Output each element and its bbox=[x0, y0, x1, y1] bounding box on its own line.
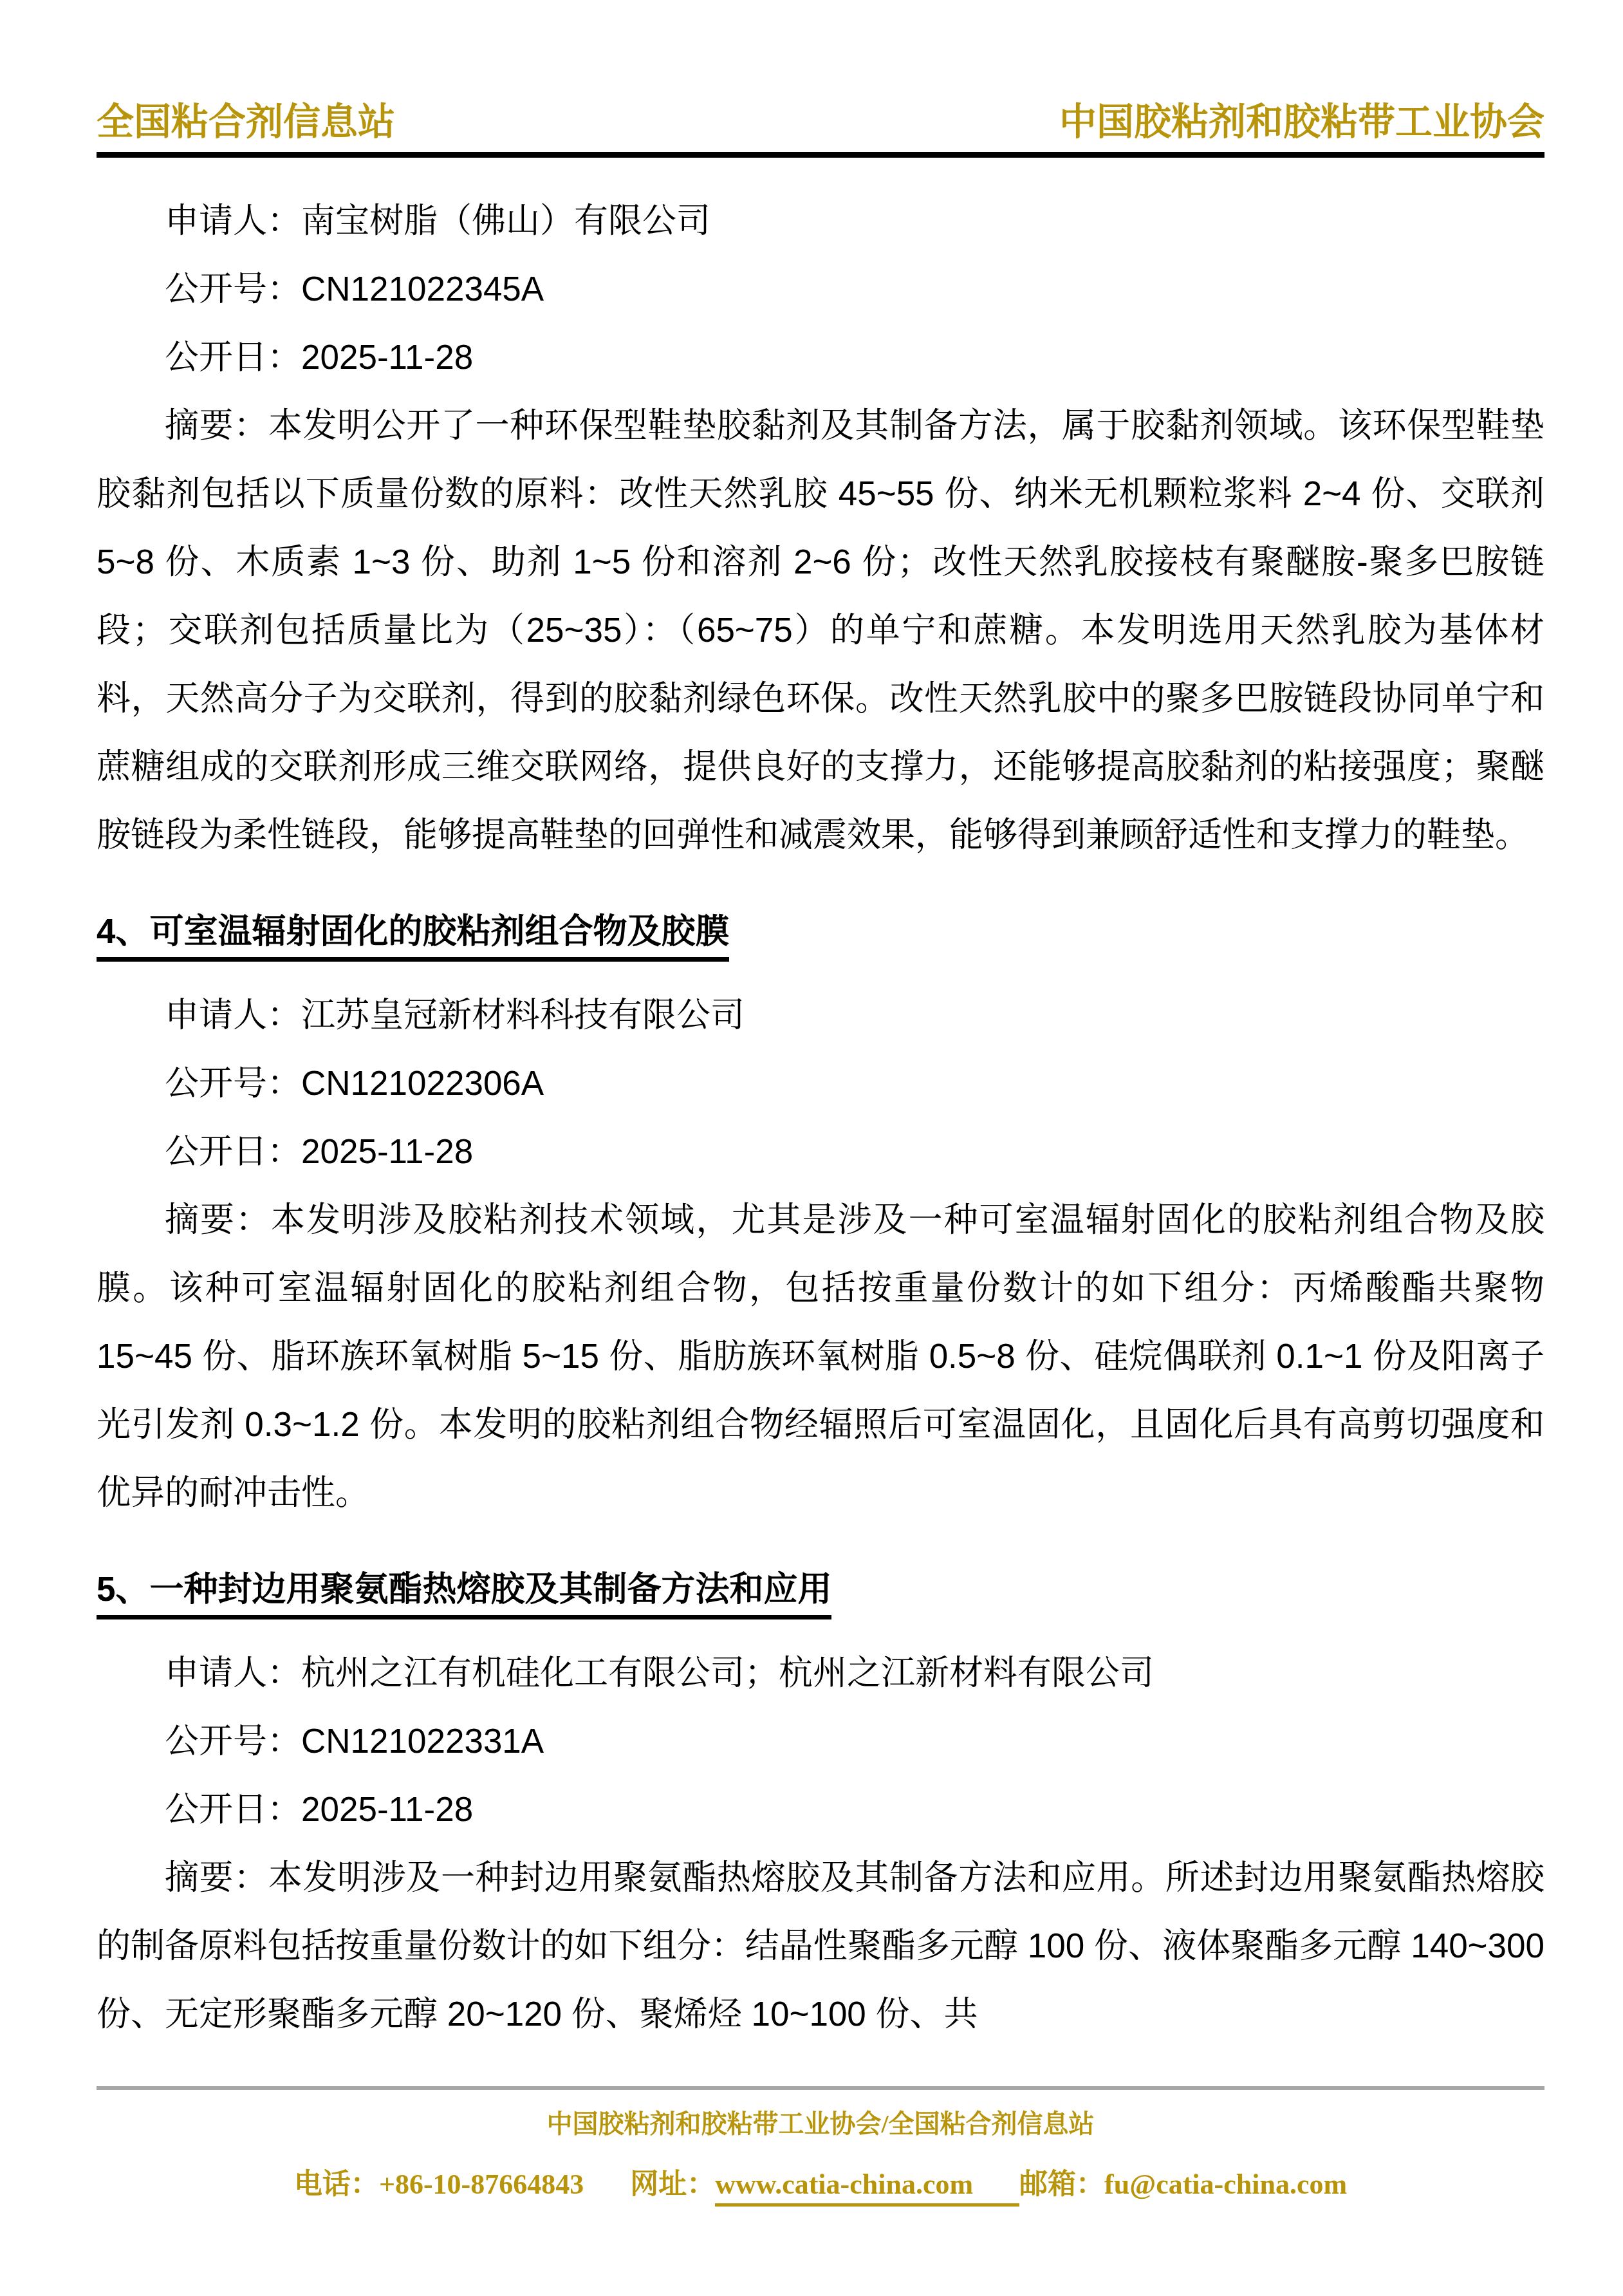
publication-date-label: 公开日： bbox=[165, 1133, 301, 1171]
applicant-value: 江苏皇冠新材料科技有限公司 bbox=[301, 996, 745, 1034]
publication-date-label: 公开日： bbox=[165, 1791, 301, 1829]
phone-number: +86-10-87664843 bbox=[379, 2169, 584, 2200]
email-address: fu@catia-china.com bbox=[1104, 2169, 1347, 2200]
applicant-value: 南宝树脂（佛山）有限公司 bbox=[301, 202, 710, 240]
publication-date-line: 公开日：2025-11-28 bbox=[97, 1118, 1544, 1186]
patent-title-4: 4、可室温辐射固化的胶粘剂组合物及胶膜 bbox=[97, 898, 1544, 966]
publication-number-label: 公开号： bbox=[165, 1722, 301, 1760]
publication-date-value: 2025-11-28 bbox=[301, 1791, 473, 1829]
phone-label: 电话： bbox=[294, 2169, 379, 2200]
publication-number-line: 公开号：CN121022345A bbox=[97, 256, 1544, 324]
footer-contact-line: 电话：+86-10-87664843网址：www.catia-china.com… bbox=[97, 2163, 1544, 2206]
publication-number-value: CN121022345A bbox=[301, 270, 544, 308]
applicant-value: 杭州之江有机硅化工有限公司；杭州之江新材料有限公司 bbox=[301, 1654, 1154, 1692]
header-left-title: 全国粘合剂信息站 bbox=[97, 102, 395, 143]
publication-date-line: 公开日：2025-11-28 bbox=[97, 1776, 1544, 1844]
applicant-label: 申请人： bbox=[165, 202, 301, 240]
publication-date-value: 2025-11-28 bbox=[301, 1133, 473, 1171]
publication-number-value: CN121022331A bbox=[301, 1722, 544, 1760]
patent-title-text: 4、可室温辐射固化的胶粘剂组合物及胶膜 bbox=[97, 913, 729, 962]
publication-number-label: 公开号： bbox=[165, 1065, 301, 1103]
applicant-line: 申请人：江苏皇冠新材料科技有限公司 bbox=[97, 982, 1544, 1050]
publication-date-label: 公开日： bbox=[165, 339, 301, 377]
applicant-line: 申请人：南宝树脂（佛山）有限公司 bbox=[97, 187, 1544, 256]
footer-organization-line: 中国胶粘剂和胶粘带工业协会/全国粘合剂信息站 bbox=[97, 2104, 1544, 2144]
applicant-line: 申请人：杭州之江有机硅化工有限公司；杭州之江新材料有限公司 bbox=[97, 1639, 1544, 1708]
website-label: 网址： bbox=[630, 2169, 715, 2200]
patent-abstract: 摘要：本发明涉及一种封边用聚氨酯热熔胶及其制备方法和应用。所述封边用聚氨酯热熔胶… bbox=[97, 1844, 1544, 2049]
publication-number-value: CN121022306A bbox=[301, 1065, 544, 1103]
website-link[interactable]: www.catia-china.com bbox=[715, 2169, 1019, 2207]
publication-number-line: 公开号：CN121022306A bbox=[97, 1050, 1544, 1118]
patent-entry-4: 4、可室温辐射固化的胶粘剂组合物及胶膜 申请人：江苏皇冠新材料科技有限公司 公开… bbox=[97, 898, 1544, 1527]
publication-number-label: 公开号： bbox=[165, 270, 301, 308]
patent-bulletin-page: 全国粘合剂信息站 中国胶粘剂和胶粘带工业协会 申请人：南宝树脂（佛山）有限公司 … bbox=[0, 0, 1623, 2296]
patent-entry-5: 5、一种封边用聚氨酯热熔胶及其制备方法和应用 申请人：杭州之江有机硅化工有限公司… bbox=[97, 1556, 1544, 2049]
patent-title-text: 5、一种封边用聚氨酯热熔胶及其制备方法和应用 bbox=[97, 1571, 831, 1619]
page-header: 全国粘合剂信息站 中国胶粘剂和胶粘带工业协会 bbox=[97, 102, 1544, 158]
header-right-title: 中国胶粘剂和胶粘带工业协会 bbox=[1059, 102, 1544, 143]
patent-title-5: 5、一种封边用聚氨酯热熔胶及其制备方法和应用 bbox=[97, 1556, 1544, 1624]
publication-number-line: 公开号：CN121022331A bbox=[97, 1708, 1544, 1776]
page-content: 申请人：南宝树脂（佛山）有限公司 公开号：CN121022345A 公开日：20… bbox=[97, 187, 1544, 2049]
applicant-label: 申请人： bbox=[165, 1654, 301, 1692]
publication-date-value: 2025-11-28 bbox=[301, 339, 473, 377]
applicant-label: 申请人： bbox=[165, 996, 301, 1034]
patent-abstract: 摘要：本发明涉及胶粘剂技术领域，尤其是涉及一种可室温辐射固化的胶粘剂组合物及胶膜… bbox=[97, 1186, 1544, 1527]
publication-date-line: 公开日：2025-11-28 bbox=[97, 324, 1544, 392]
page-footer: 中国胶粘剂和胶粘带工业协会/全国粘合剂信息站 电话：+86-10-8766484… bbox=[97, 2086, 1544, 2206]
email-label: 邮箱： bbox=[1019, 2169, 1104, 2200]
patent-entry-3: 申请人：南宝树脂（佛山）有限公司 公开号：CN121022345A 公开日：20… bbox=[97, 187, 1544, 870]
patent-abstract: 摘要：本发明公开了一种环保型鞋垫胶黏剂及其制备方法，属于胶黏剂领域。该环保型鞋垫… bbox=[97, 392, 1544, 870]
